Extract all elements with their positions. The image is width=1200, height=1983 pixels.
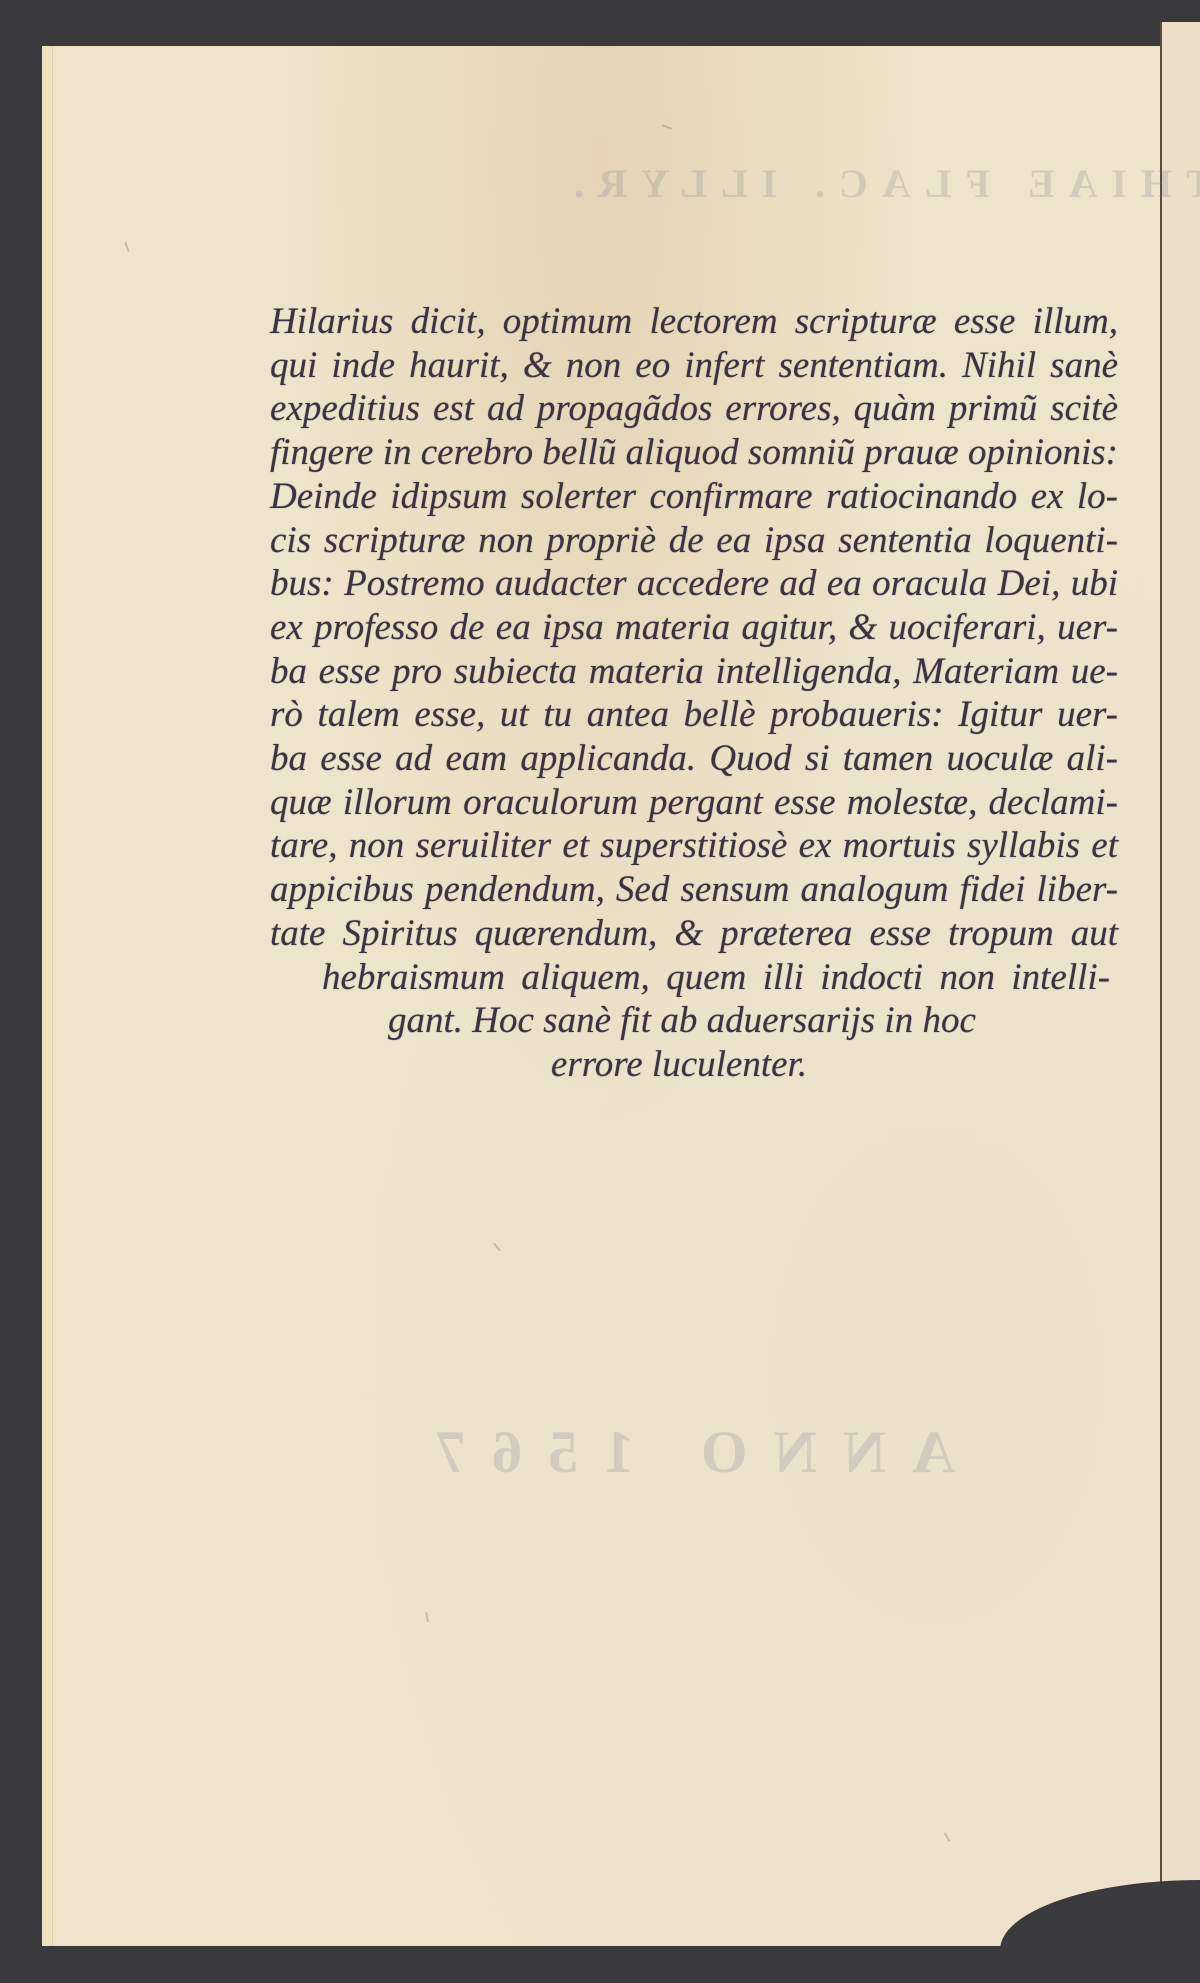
page-gutter-edge [42,46,53,1946]
paper-fiber [944,1832,951,1842]
next-leaf-edge [1160,22,1200,1942]
text-line: Deinde idipsum solerter confirmare ratio… [270,475,1118,519]
text-line: gant. Hoc sanè fit ab aduersarijs in hoc [270,999,1118,1043]
text-line: hebraismum aliquem, quem illi indocti no… [270,956,1118,1000]
text-line: ba esse pro subiecta materia intelligend… [270,650,1118,694]
text-line: ba esse ad eam applicanda. Quod si tamen… [270,737,1118,781]
text-line: quæ illorum oraculorum pergant esse mole… [270,781,1118,825]
showthrough-heading: MATTHIAE FLAC. ILLYR. [560,160,1200,207]
text-line: expeditius est ad propagãdos errores, qu… [270,387,1118,431]
paper-fiber [662,124,672,129]
text-line: appicibus pendendum, Sed sensum analogum… [270,868,1118,912]
paper-fiber [124,242,129,252]
paper-fiber [425,1612,429,1622]
text-line-final: errore luculenter. [270,1043,1118,1087]
text-line: tare, non seruiliter et superstitiosè ex… [270,824,1118,868]
showthrough-year: ANNO 1567 [410,1418,956,1487]
text-line: qui inde haurit, & non eo infert sentent… [270,344,1118,388]
text-line: cis scripturæ non propriè de ea ipsa sen… [270,519,1118,563]
paper-fiber [493,1243,501,1252]
text-line: rò talem esse, ut tu antea bellè probaue… [270,693,1118,737]
text-line: ex professo de ea ipsa materia agitur, &… [270,606,1118,650]
text-line: bus: Postremo audacter accedere ad ea or… [270,562,1118,606]
text-line: fingere in cerebro bellũ aliquod somniũ … [270,431,1118,475]
text-line: tate Spiritus quærendum, & præterea esse… [270,912,1118,956]
body-text: Hilarius dicit, optimum lectorem scriptu… [270,300,1118,1087]
text-line: Hilarius dicit, optimum lectorem scriptu… [270,300,1118,344]
